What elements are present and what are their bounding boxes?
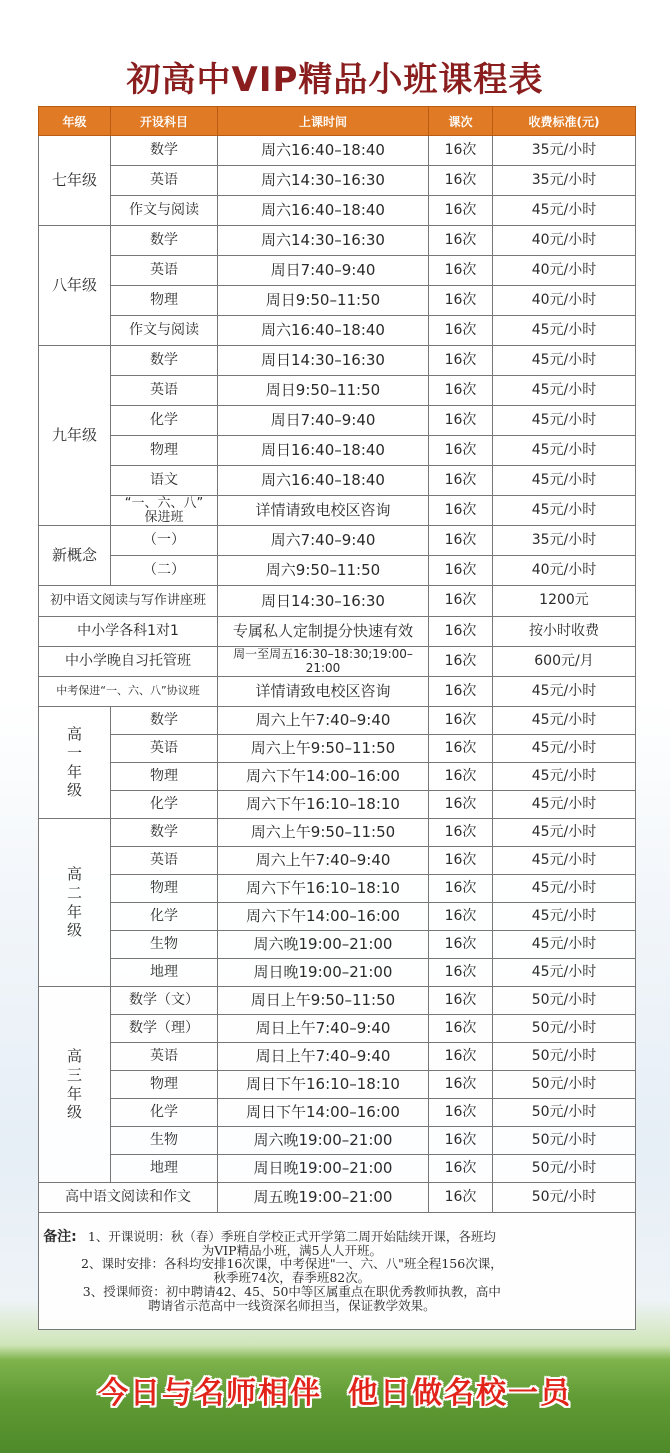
count-cell: 16次: [429, 436, 493, 466]
time-cell: 周日9:50–11:50: [218, 286, 429, 316]
page-title: 初高中VIP精品小班课程表: [0, 52, 670, 101]
subject-cell: 英语: [111, 256, 218, 286]
count-cell: 16次: [429, 875, 493, 903]
time-cell: 周六下午14:00–16:00: [218, 763, 429, 791]
time-cell: 周六7:40–9:40: [218, 526, 429, 556]
notes-line: 2、课时安排：各科均安排16次课，中考保进"一、六、八"班全程156次课，: [81, 1257, 503, 1271]
grade-label: 高一年级: [67, 725, 82, 800]
subject-cell: 化学: [111, 903, 218, 931]
count-cell: 16次: [429, 196, 493, 226]
count-cell: 16次: [429, 931, 493, 959]
table-row: 英语 周六14:30–16:30 16次 35元/小时: [39, 166, 636, 196]
program-name-cell: 中小学各科1对1: [39, 617, 218, 647]
grade-cell: 七年级: [39, 136, 111, 226]
subject-cell: 地理: [111, 959, 218, 987]
time-cell: 周日上午9:50–11:50: [218, 987, 429, 1015]
fee-cell: 35元/小时: [493, 526, 636, 556]
count-cell: 16次: [429, 1043, 493, 1071]
subject-cell: “一、六、八” 保进班: [111, 496, 218, 526]
fee-cell: 50元/小时: [493, 1015, 636, 1043]
fee-cell: 45元/小时: [493, 791, 636, 819]
count-cell: 16次: [429, 1127, 493, 1155]
subject-cell: 作文与阅读: [111, 196, 218, 226]
grade-cell: 高二年级: [39, 819, 111, 987]
program-name-cell: 初中语文阅读与写作讲座班: [39, 586, 218, 617]
subject-cell: 英语: [111, 1043, 218, 1071]
fee-cell: 45元/小时: [493, 436, 636, 466]
subject-cell: 数学: [111, 819, 218, 847]
subject-cell: 数学: [111, 346, 218, 376]
subject-cell: 语文: [111, 466, 218, 496]
fee-cell: 45元/小时: [493, 707, 636, 735]
subject-cell: 物理: [111, 763, 218, 791]
notes-line: 秋季班74次，春季班82次。: [81, 1271, 503, 1285]
slogan-right: 他日做名校一员: [348, 1376, 572, 1411]
count-cell: 16次: [429, 556, 493, 586]
fee-cell: 35元/小时: [493, 166, 636, 196]
table-row: 物理 周日16:40–18:40 16次 45元/小时: [39, 436, 636, 466]
count-cell: 16次: [429, 286, 493, 316]
notes-line: 1、开课说明：秋（春）季班自学校正式开学第二周开始陆续开课，各班均: [81, 1230, 503, 1244]
count-cell: 16次: [429, 406, 493, 436]
table-row: 七年级 数学 周六16:40–18:40 16次 35元/小时: [39, 136, 636, 166]
notes-label: 备注:: [39, 1230, 81, 1313]
subject-cell: 数学: [111, 707, 218, 735]
grade-cell: 九年级: [39, 346, 111, 526]
fee-cell: 45元/小时: [493, 903, 636, 931]
time-cell: 周六14:30–16:30: [218, 166, 429, 196]
count-cell: 16次: [429, 847, 493, 875]
count-cell: 16次: [429, 707, 493, 735]
table-row: 语文 周六16:40–18:40 16次 45元/小时: [39, 466, 636, 496]
table-row: 英语 周六上午9:50–11:50 16次 45元/小时: [39, 735, 636, 763]
subject-cell: 数学（文）: [111, 987, 218, 1015]
count-cell: 16次: [429, 647, 493, 677]
count-cell: 16次: [429, 316, 493, 346]
table-row: 英语 周日7:40–9:40 16次 40元/小时: [39, 256, 636, 286]
table-header-row: 年级 开设科目 上课时间 课次 收费标准(元): [39, 107, 636, 136]
fee-cell: 45元/小时: [493, 376, 636, 406]
table-row: 地理 周日晚19:00–21:00 16次 50元/小时: [39, 1155, 636, 1183]
count-cell: 16次: [429, 166, 493, 196]
subject-cell: 化学: [111, 1099, 218, 1127]
fee-cell: 45元/小时: [493, 931, 636, 959]
table-row: 化学 周六下午16:10–18:10 16次 45元/小时: [39, 791, 636, 819]
count-cell: 16次: [429, 617, 493, 647]
table-row: 物理 周六下午16:10–18:10 16次 45元/小时: [39, 875, 636, 903]
fee-cell: 按小时收费: [493, 617, 636, 647]
fee-cell: 45元/小时: [493, 819, 636, 847]
table-row: （二） 周六9:50–11:50 16次 40元/小时: [39, 556, 636, 586]
fee-cell: 40元/小时: [493, 256, 636, 286]
subject-cell: 化学: [111, 791, 218, 819]
time-cell: 详情请致电校区咨询: [218, 496, 429, 526]
fee-cell: 35元/小时: [493, 136, 636, 166]
program-name-cell: 中考保进“一、六、八”协议班: [39, 677, 218, 707]
time-cell: 周日16:40–18:40: [218, 436, 429, 466]
count-cell: 16次: [429, 226, 493, 256]
count-cell: 16次: [429, 1015, 493, 1043]
time-cell: 周六上午9:50–11:50: [218, 735, 429, 763]
count-cell: 16次: [429, 1071, 493, 1099]
subject-cell: 英语: [111, 847, 218, 875]
count-cell: 16次: [429, 1183, 493, 1213]
count-cell: 16次: [429, 376, 493, 406]
notes-row: 备注: 1、开课说明：秋（春）季班自学校正式开学第二周开始陆续开课，各班均 为V…: [39, 1213, 636, 1330]
notes-line: 聘请省示范高中一线资深名师担当，保证教学效果。: [81, 1299, 503, 1313]
subject-cell: 化学: [111, 406, 218, 436]
subject-cell: 数学（理）: [111, 1015, 218, 1043]
count-cell: 16次: [429, 586, 493, 617]
fee-cell: 40元/小时: [493, 556, 636, 586]
subject-cell: （二）: [111, 556, 218, 586]
time-cell: 周一至周五16:30–18:30;19:00–21:00: [218, 647, 429, 677]
fee-cell: 50元/小时: [493, 1155, 636, 1183]
time-cell: 周六下午16:10–18:10: [218, 791, 429, 819]
fee-cell: 45元/小时: [493, 466, 636, 496]
table-row: 物理 周六下午14:00–16:00 16次 45元/小时: [39, 763, 636, 791]
table-row: 化学 周日7:40–9:40 16次 45元/小时: [39, 406, 636, 436]
table-row: 物理 周日9:50–11:50 16次 40元/小时: [39, 286, 636, 316]
time-cell: 周六14:30–16:30: [218, 226, 429, 256]
fee-cell: 50元/小时: [493, 1071, 636, 1099]
table-row: 中小学晚自习托管班 周一至周五16:30–18:30;19:00–21:00 1…: [39, 647, 636, 677]
subject-cell: 英语: [111, 166, 218, 196]
count-cell: 16次: [429, 466, 493, 496]
grade-cell: 高三年级: [39, 987, 111, 1183]
notes-cell: 备注: 1、开课说明：秋（春）季班自学校正式开学第二周开始陆续开课，各班均 为V…: [39, 1213, 636, 1330]
fee-cell: 40元/小时: [493, 226, 636, 256]
count-cell: 16次: [429, 526, 493, 556]
time-cell: 周五晚19:00–21:00: [218, 1183, 429, 1213]
table-row: 作文与阅读 周六16:40–18:40 16次 45元/小时: [39, 316, 636, 346]
fee-cell: 50元/小时: [493, 1043, 636, 1071]
time-cell: 周六上午7:40–9:40: [218, 847, 429, 875]
grade-label: 高三年级: [67, 1047, 82, 1122]
count-cell: 16次: [429, 136, 493, 166]
time-cell: 周六上午9:50–11:50: [218, 819, 429, 847]
subject-cell: 生物: [111, 1127, 218, 1155]
time-cell: 周日上午7:40–9:40: [218, 1015, 429, 1043]
count-cell: 16次: [429, 1155, 493, 1183]
table-row: 高一年级 数学 周六上午7:40–9:40 16次 45元/小时: [39, 707, 636, 735]
table-row: 新概念 （一） 周六7:40–9:40 16次 35元/小时: [39, 526, 636, 556]
count-cell: 16次: [429, 677, 493, 707]
col-header-count: 课次: [429, 107, 493, 136]
fee-cell: 50元/小时: [493, 1099, 636, 1127]
time-cell: 周日9:50–11:50: [218, 376, 429, 406]
count-cell: 16次: [429, 496, 493, 526]
notes-line: 为VIP精品小班，满5人人开班。: [81, 1244, 503, 1258]
table-row: 英语 周日9:50–11:50 16次 45元/小时: [39, 376, 636, 406]
time-cell: 周六16:40–18:40: [218, 316, 429, 346]
count-cell: 16次: [429, 346, 493, 376]
col-header-grade: 年级: [39, 107, 111, 136]
time-cell: 周日14:30–16:30: [218, 346, 429, 376]
table-row: 生物 周六晚19:00–21:00 16次 45元/小时: [39, 931, 636, 959]
subject-cell: 物理: [111, 436, 218, 466]
fee-cell: 45元/小时: [493, 875, 636, 903]
table-row: 八年级 数学 周六14:30–16:30 16次 40元/小时: [39, 226, 636, 256]
grade-cell: 八年级: [39, 226, 111, 346]
table-row: 物理 周日下午16:10–18:10 16次 50元/小时: [39, 1071, 636, 1099]
col-header-subject: 开设科目: [111, 107, 218, 136]
slogan-left: 今日与名师相伴: [98, 1376, 322, 1411]
table-row: 化学 周六下午14:00–16:00 16次 45元/小时: [39, 903, 636, 931]
subject-cell: 英语: [111, 376, 218, 406]
fee-cell: 45元/小时: [493, 847, 636, 875]
subject-cell: 物理: [111, 1071, 218, 1099]
grade-cell: 新概念: [39, 526, 111, 586]
table-row: “一、六、八” 保进班 详情请致电校区咨询 16次 45元/小时: [39, 496, 636, 526]
time-cell: 周日14:30–16:30: [218, 586, 429, 617]
count-cell: 16次: [429, 735, 493, 763]
table-row: 高中语文阅读和作文 周五晚19:00–21:00 16次 50元/小时: [39, 1183, 636, 1213]
subject-cell: （一）: [111, 526, 218, 556]
subject-cell: 生物: [111, 931, 218, 959]
table-row: 中小学各科1对1 专属私人定制提分快速有效 16次 按小时收费: [39, 617, 636, 647]
fee-cell: 45元/小时: [493, 316, 636, 346]
time-cell: 周六下午14:00–16:00: [218, 903, 429, 931]
subject-line: “一、六、八”: [111, 497, 217, 511]
grade-cell: 高一年级: [39, 707, 111, 819]
fee-cell: 45元/小时: [493, 346, 636, 376]
table-row: 地理 周日晚19:00–21:00 16次 45元/小时: [39, 959, 636, 987]
program-name-cell: 中小学晚自习托管班: [39, 647, 218, 677]
grade-label: 高二年级: [67, 865, 82, 940]
table-row: 英语 周日上午7:40–9:40 16次 50元/小时: [39, 1043, 636, 1071]
time-cell: 周日晚19:00–21:00: [218, 1155, 429, 1183]
count-cell: 16次: [429, 819, 493, 847]
time-cell: 详情请致电校区咨询: [218, 677, 429, 707]
table-row: 数学（理） 周日上午7:40–9:40 16次 50元/小时: [39, 1015, 636, 1043]
count-cell: 16次: [429, 763, 493, 791]
count-cell: 16次: [429, 1099, 493, 1127]
subject-cell: 数学: [111, 136, 218, 166]
table-row: 生物 周六晚19:00–21:00 16次 50元/小时: [39, 1127, 636, 1155]
fee-cell: 45元/小时: [493, 959, 636, 987]
time-cell: 周六晚19:00–21:00: [218, 1127, 429, 1155]
fee-cell: 45元/小时: [493, 763, 636, 791]
fee-cell: 45元/小时: [493, 496, 636, 526]
table-row: 中考保进“一、六、八”协议班 详情请致电校区咨询 16次 45元/小时: [39, 677, 636, 707]
fee-cell: 50元/小时: [493, 1127, 636, 1155]
table-row: 化学 周日下午14:00–16:00 16次 50元/小时: [39, 1099, 636, 1127]
time-cell: 周六16:40–18:40: [218, 466, 429, 496]
time-cell: 周六16:40–18:40: [218, 136, 429, 166]
count-cell: 16次: [429, 903, 493, 931]
slogan-banner: 今日与名师相伴他日做名校一员: [0, 1368, 670, 1412]
time-cell: 周六上午7:40–9:40: [218, 707, 429, 735]
count-cell: 16次: [429, 256, 493, 286]
time-cell: 周六下午16:10–18:10: [218, 875, 429, 903]
fee-cell: 600元/月: [493, 647, 636, 677]
table-row: 初中语文阅读与写作讲座班 周日14:30–16:30 16次 1200元: [39, 586, 636, 617]
table-row: 英语 周六上午7:40–9:40 16次 45元/小时: [39, 847, 636, 875]
time-cell: 周日下午16:10–18:10: [218, 1071, 429, 1099]
fee-cell: 45元/小时: [493, 735, 636, 763]
subject-cell: 物理: [111, 286, 218, 316]
time-cell: 周日上午7:40–9:40: [218, 1043, 429, 1071]
subject-cell: 作文与阅读: [111, 316, 218, 346]
col-header-fee: 收费标准(元): [493, 107, 636, 136]
count-cell: 16次: [429, 791, 493, 819]
time-cell: 周日下午14:00–16:00: [218, 1099, 429, 1127]
time-cell: 周日7:40–9:40: [218, 406, 429, 436]
table-row: 九年级 数学 周日14:30–16:30 16次 45元/小时: [39, 346, 636, 376]
time-cell: 周日晚19:00–21:00: [218, 959, 429, 987]
fee-cell: 1200元: [493, 586, 636, 617]
time-cell: 周日7:40–9:40: [218, 256, 429, 286]
fee-cell: 45元/小时: [493, 406, 636, 436]
time-cell: 周六晚19:00–21:00: [218, 931, 429, 959]
fee-cell: 40元/小时: [493, 286, 636, 316]
time-cell: 专属私人定制提分快速有效: [218, 617, 429, 647]
program-name-cell: 高中语文阅读和作文: [39, 1183, 218, 1213]
notes-line: 3、授课师资：初中聘请42、45、50中等区属重点在职优秀教师执教，高中: [81, 1285, 503, 1299]
subject-cell: 数学: [111, 226, 218, 256]
time-cell: 周六9:50–11:50: [218, 556, 429, 586]
subject-line: 保进班: [111, 511, 217, 525]
subject-cell: 英语: [111, 735, 218, 763]
notes-body: 1、开课说明：秋（春）季班自学校正式开学第二周开始陆续开课，各班均 为VIP精品…: [81, 1230, 503, 1313]
col-header-time: 上课时间: [218, 107, 429, 136]
fee-cell: 45元/小时: [493, 196, 636, 226]
time-cell: 周六16:40–18:40: [218, 196, 429, 226]
table-row: 高三年级 数学（文） 周日上午9:50–11:50 16次 50元/小时: [39, 987, 636, 1015]
fee-cell: 45元/小时: [493, 677, 636, 707]
fee-cell: 50元/小时: [493, 1183, 636, 1213]
table-row: 作文与阅读 周六16:40–18:40 16次 45元/小时: [39, 196, 636, 226]
fee-cell: 50元/小时: [493, 987, 636, 1015]
subject-cell: 物理: [111, 875, 218, 903]
count-cell: 16次: [429, 987, 493, 1015]
subject-cell: 地理: [111, 1155, 218, 1183]
schedule-table: 年级 开设科目 上课时间 课次 收费标准(元) 七年级 数学 周六16:40–1…: [38, 106, 636, 1330]
table-row: 高二年级 数学 周六上午9:50–11:50 16次 45元/小时: [39, 819, 636, 847]
count-cell: 16次: [429, 959, 493, 987]
